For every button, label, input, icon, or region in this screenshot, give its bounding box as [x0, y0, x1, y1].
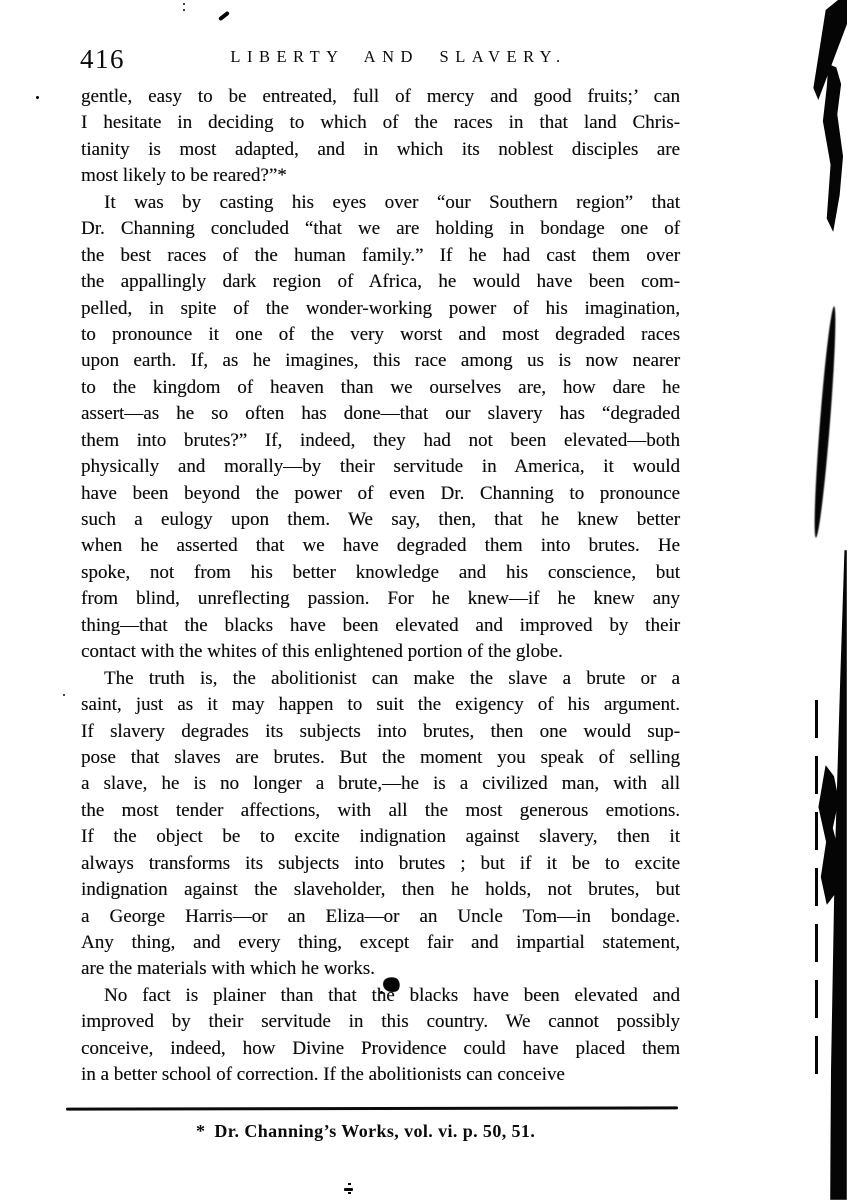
footnote-rule — [66, 1106, 678, 1110]
text-line: improved by their servitude in this coun… — [81, 1009, 680, 1035]
text-line: to the kingdom of heaven than we ourselv… — [81, 375, 680, 401]
text-line: them into brutes?” If, indeed, they had … — [81, 428, 680, 454]
ink-dot-left-margin — [63, 694, 65, 696]
text-line: pose that slaves are brutes. But the mom… — [81, 745, 680, 771]
ink-dot — [348, 1192, 351, 1194]
text-line: spoke, not from his better knowledge and… — [81, 560, 680, 586]
text-line: the best races of the human family.” If … — [81, 243, 680, 269]
text-line: assert—as he so often has done—that our … — [81, 401, 680, 427]
paragraph: gentle, easy to be entreated, full of me… — [81, 84, 680, 190]
text-line: a George Harris—or an Eliza—or an Uncle … — [81, 904, 680, 930]
text-line: are the materials with which he works. — [81, 956, 680, 982]
text-line: physically and morally—by their servitud… — [81, 454, 680, 480]
ink-smudge-right-crescent — [811, 306, 839, 538]
running-header: LIBERTY AND SLAVERY. — [99, 47, 698, 67]
ink-mark-bottom-center — [344, 1183, 356, 1195]
paragraph: The truth is, the abolitionist can make … — [81, 666, 680, 983]
text-line: tianity is most adapted, and in which it… — [81, 137, 680, 163]
ink-dot-left-margin — [36, 96, 39, 99]
text-line: in a better school of correction. If the… — [81, 1062, 680, 1088]
ink-tick-top — [218, 11, 230, 22]
text-line: a slave, he is no longer a brute,—he is … — [81, 771, 680, 797]
text-line: most likely to be reared?”* — [81, 163, 680, 189]
text-line: from blind, unreflecting passion. For he… — [81, 586, 680, 612]
text-line: contact with the whites of this enlighte… — [81, 639, 680, 665]
text-line: when he asserted that we have degraded t… — [81, 533, 680, 559]
text-line: have been beyond the power of even Dr. C… — [81, 481, 680, 507]
text-line: such a eulogy upon them. We say, then, t… — [81, 507, 680, 533]
text-line: the appallingly dark region of Africa, h… — [81, 269, 680, 295]
ink-bar — [344, 1188, 353, 1191]
text-line: thing—that the blacks have been elevated… — [81, 613, 680, 639]
ink-smudge-right-noise-band — [820, 64, 844, 232]
text-line: conceive, indeed, how Divine Providence … — [81, 1036, 680, 1062]
text-line: upon earth. If, as he imagines, this rac… — [81, 348, 680, 374]
paragraph: No fact is plainer than that the blacks … — [81, 983, 680, 1089]
ink-dot — [348, 1183, 351, 1185]
ink-blot-satellite-dot — [380, 991, 383, 994]
text-line: I hesitate in deciding to which of the r… — [81, 110, 680, 136]
footnote-marker: * — [196, 1121, 205, 1141]
text-line: pelled, in spite of the wonder-working p… — [81, 296, 680, 322]
page-body: gentle, easy to be entreated, full of me… — [81, 84, 680, 1089]
text-line: always transforms its subjects into brut… — [81, 851, 680, 877]
footnote: *Dr. Channing’s Works, vol. vi. p. 50, 5… — [196, 1121, 535, 1142]
text-line: indignation against the slaveholder, the… — [81, 877, 680, 903]
text-line: to pronounce it one of the very worst an… — [81, 322, 680, 348]
footnote-text: Dr. Channing’s Works, vol. vi. p. 50, 51… — [214, 1121, 535, 1141]
text-line: saint, just as it may happen to suit the… — [81, 692, 680, 718]
text-line: If the object be to excite indignation a… — [81, 824, 680, 850]
scan-line-artifact — [815, 700, 818, 1085]
text-line: If slavery degrades its subjects into br… — [81, 719, 680, 745]
text-line: Any thing, and every thing, except fair … — [81, 930, 680, 956]
paragraph: It was by casting his eyes over “our Sou… — [81, 190, 680, 666]
text-line: the most tender affections, with all the… — [81, 798, 680, 824]
text-line: No fact is plainer than that the blacks … — [81, 983, 680, 1009]
text-line: The truth is, the abolitionist can make … — [81, 666, 680, 692]
scanned-book-page: 416 LIBERTY AND SLAVERY. gentle, easy to… — [0, 0, 847, 1200]
text-line: It was by casting his eyes over “our Sou… — [81, 190, 680, 216]
text-line: gentle, easy to be entreated, full of me… — [81, 84, 680, 110]
text-line: Dr. Channing concluded “that we are hold… — [81, 216, 680, 242]
ink-speck-top — [183, 3, 185, 5]
